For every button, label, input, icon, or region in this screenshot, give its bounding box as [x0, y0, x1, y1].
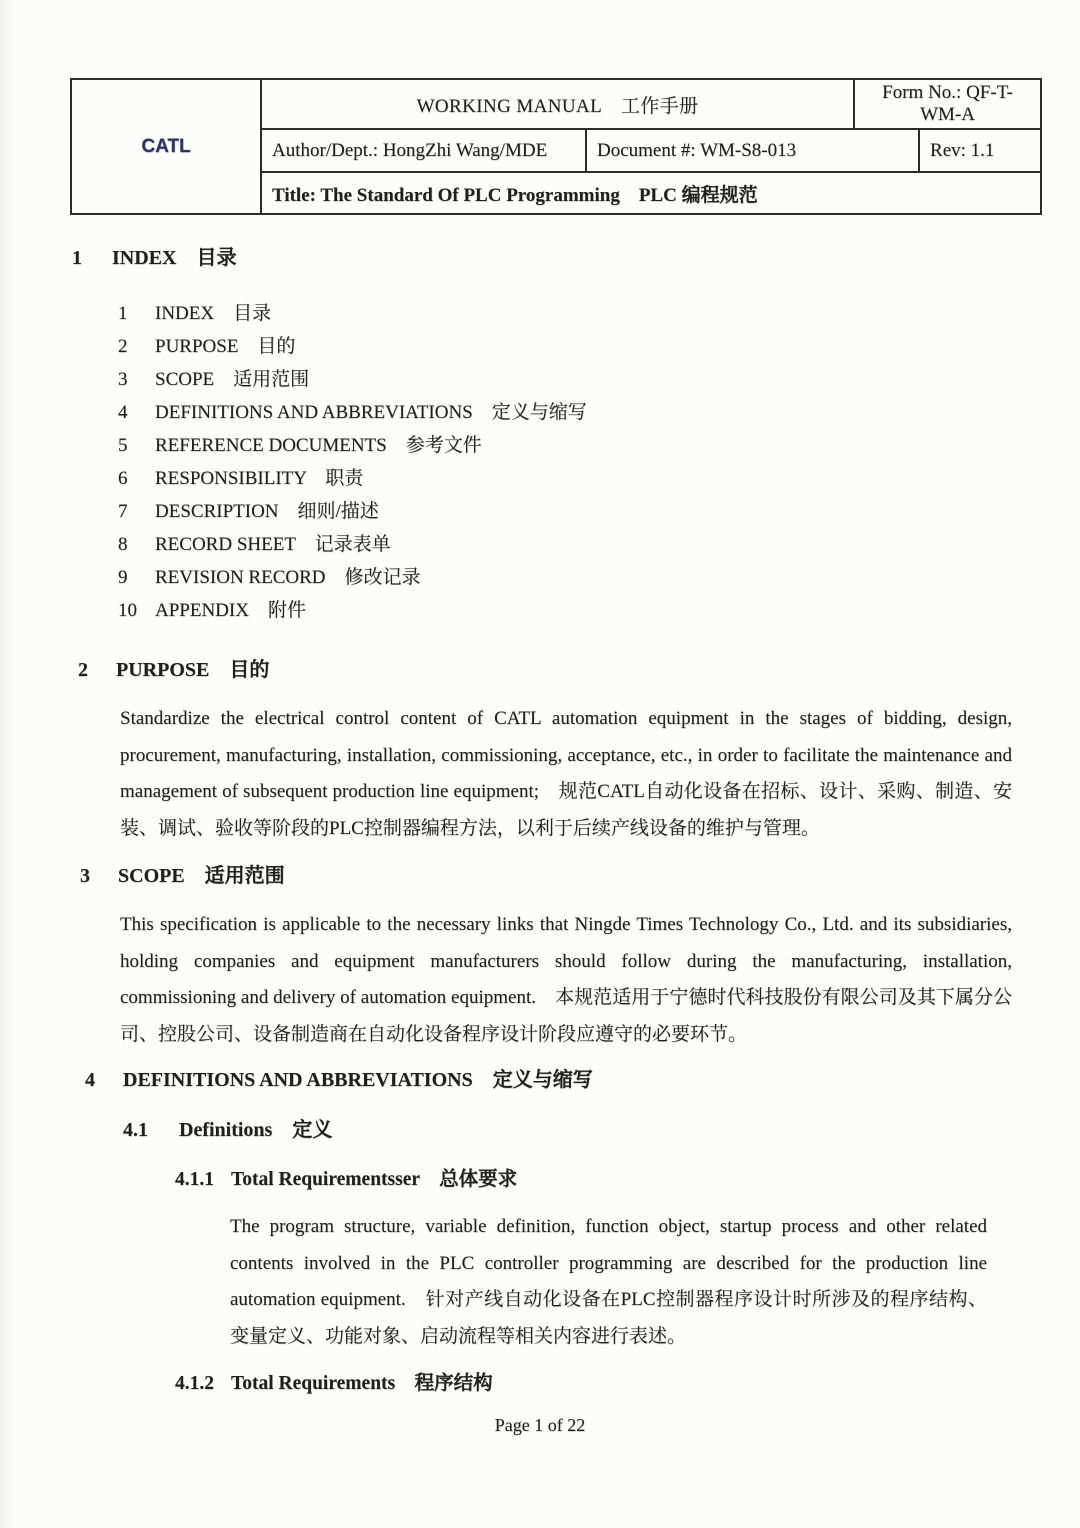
index-item-label: DESCRIPTION 细则/描述 [155, 495, 379, 528]
section-title: DEFINITIONS AND ABBREVIATIONS 定义与缩写 [123, 1067, 593, 1093]
form-number: Form No.: QF-T-WM-A [854, 79, 1041, 129]
document-page: CATL WORKING MANUAL 工作手册 Form No.: QF-T-… [0, 0, 1080, 1528]
index-item-1: 1 INDEX 目录 [118, 297, 1080, 330]
index-item-number: 7 [118, 495, 155, 528]
header-table: CATL WORKING MANUAL 工作手册 Form No.: QF-T-… [70, 78, 1042, 215]
manual-title: WORKING MANUAL 工作手册 [261, 79, 854, 129]
subsection-heading-4-1-2: 4.1.2 Total Requirements 程序结构 [175, 1371, 1080, 1397]
index-item-label: APPENDIX 附件 [155, 594, 306, 627]
section-heading-scope: 3 SCOPE 适用范围 [80, 863, 1080, 889]
section-number: 1 [72, 245, 112, 271]
subsection-heading-4-1: 4.1 Definitions 定义 [123, 1117, 1080, 1143]
subsection-heading-4-1-1: 4.1.1 Total Requirementsser 总体要求 [175, 1167, 1080, 1193]
subsection-title: Total Requirementsser 总体要求 [231, 1167, 517, 1193]
index-item-label: SCOPE 适用范围 [155, 363, 309, 396]
subsection-4-1-1-paragraph: The program structure, variable definiti… [230, 1209, 987, 1355]
index-item-8: 8 RECORD SHEET 记录表单 [118, 528, 1080, 561]
section-number: 4 [85, 1067, 123, 1093]
document-number: Document #: WM-S8-013 [586, 129, 919, 172]
index-item-label: REFERENCE DOCUMENTS 参考文件 [155, 429, 482, 462]
index-item-label: RESPONSIBILITY 职责 [155, 462, 363, 495]
index-item-7: 7 DESCRIPTION 细则/描述 [118, 495, 1080, 528]
section-title: INDEX 目录 [112, 245, 236, 271]
document-title: Title: The Standard Of PLC Programming P… [261, 172, 1041, 214]
index-item-4: 4 DEFINITIONS AND ABBREVIATIONS 定义与缩写 [118, 396, 1080, 429]
revision: Rev: 1.1 [919, 129, 1041, 172]
scope-paragraph: This specification is applicable to the … [120, 907, 1012, 1053]
index-item-10: 10 APPENDIX 附件 [118, 594, 1080, 627]
index-item-number: 6 [118, 462, 155, 495]
index-item-number: 3 [118, 363, 155, 396]
index-item-number: 10 [118, 594, 155, 627]
purpose-paragraph: Standardize the electrical control conte… [120, 701, 1012, 847]
index-item-6: 6 RESPONSIBILITY 职责 [118, 462, 1080, 495]
subsection-number: 4.1 [123, 1117, 179, 1143]
index-item-number: 8 [118, 528, 155, 561]
header-row-1: CATL WORKING MANUAL 工作手册 Form No.: QF-T-… [71, 79, 1041, 129]
index-item-5: 5 REFERENCE DOCUMENTS 参考文件 [118, 429, 1080, 462]
index-item-9: 9 REVISION RECORD 修改记录 [118, 561, 1080, 594]
section-heading-purpose: 2 PURPOSE 目的 [78, 657, 1080, 683]
section-heading-index: 1 INDEX 目录 [72, 245, 1080, 271]
section-title: PURPOSE 目的 [116, 657, 269, 683]
index-item-label: REVISION RECORD 修改记录 [155, 561, 420, 594]
index-item-label: PURPOSE 目的 [155, 330, 295, 363]
subsection-number: 4.1.1 [175, 1167, 231, 1193]
index-item-number: 4 [118, 396, 155, 429]
section-heading-definitions: 4 DEFINITIONS AND ABBREVIATIONS 定义与缩写 [85, 1067, 1080, 1093]
index-item-number: 2 [118, 330, 155, 363]
subsection-title: Definitions 定义 [179, 1117, 332, 1143]
subsection-title: Total Requirements 程序结构 [231, 1371, 493, 1397]
section-number: 3 [80, 863, 118, 889]
index-item-label: DEFINITIONS AND ABBREVIATIONS 定义与缩写 [155, 396, 587, 429]
index-list: 1 INDEX 目录 2 PURPOSE 目的 3 SCOPE 适用范围 4 D… [118, 297, 1080, 627]
catl-logo: CATL [71, 79, 261, 214]
section-title: SCOPE 适用范围 [118, 863, 285, 889]
section-number: 2 [78, 657, 116, 683]
page-number-footer: Page 1 of 22 [0, 1415, 1080, 1436]
index-item-2: 2 PURPOSE 目的 [118, 330, 1080, 363]
index-item-3: 3 SCOPE 适用范围 [118, 363, 1080, 396]
index-item-number: 1 [118, 297, 155, 330]
scan-edge-artifact [0, 0, 14, 1528]
subsection-number: 4.1.2 [175, 1371, 231, 1397]
index-item-number: 9 [118, 561, 155, 594]
index-item-number: 5 [118, 429, 155, 462]
index-item-label: INDEX 目录 [155, 297, 271, 330]
author-dept: Author/Dept.: HongZhi Wang/MDE [261, 129, 586, 172]
index-item-label: RECORD SHEET 记录表单 [155, 528, 391, 561]
